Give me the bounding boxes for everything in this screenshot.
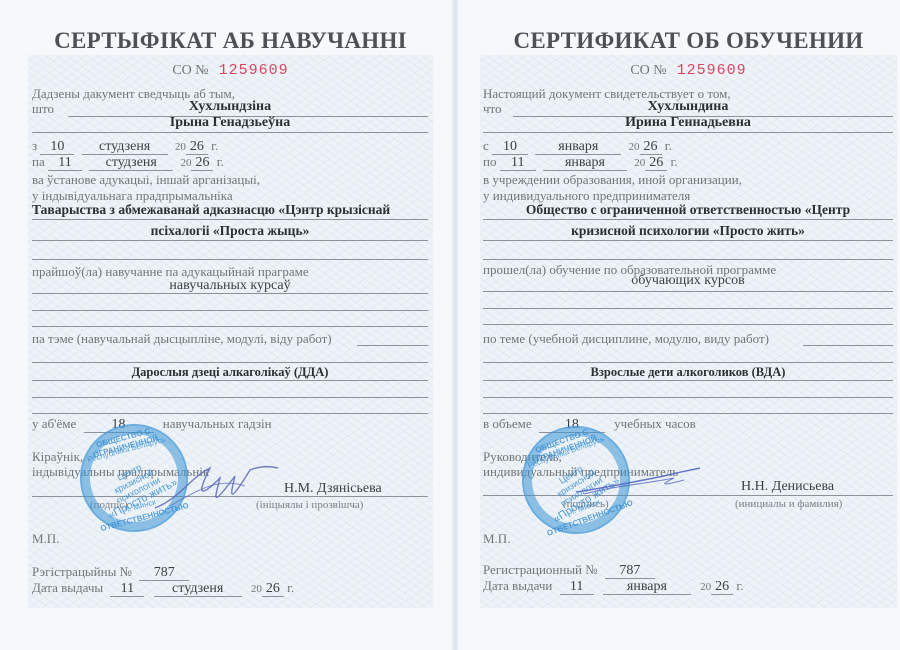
serial-prefix: СО № bbox=[630, 63, 666, 78]
institution-line-1 bbox=[32, 219, 428, 220]
program-line-1 bbox=[32, 293, 428, 294]
to-label: па bbox=[32, 154, 45, 169]
from-year: 26 bbox=[640, 140, 662, 155]
signer-name: Н.Н. Денисьева bbox=[741, 479, 834, 494]
recipient-surname: Хухлындина bbox=[483, 99, 893, 114]
registration-row: Регистрационный № 787 bbox=[483, 562, 655, 579]
from-month: студзеня bbox=[82, 140, 168, 155]
registration-label: Рэгістрацыйны № bbox=[32, 564, 132, 579]
topic-line-1 bbox=[483, 362, 893, 363]
topic-line-4 bbox=[32, 413, 428, 414]
institution-name-line-1: Общество с ограниченной ответственностью… bbox=[483, 202, 893, 217]
topic-line-0 bbox=[357, 345, 428, 346]
program-value: обучающих курсов bbox=[483, 273, 893, 288]
volume-label: у аб'ёме bbox=[32, 416, 76, 431]
issue-year-suffix: г. bbox=[736, 578, 743, 593]
certificate-title: СЕРТИФИКАТ ОБ ОБУЧЕНИИ bbox=[480, 28, 897, 54]
program-line-2 bbox=[32, 310, 428, 311]
issue-year-suffix: г. bbox=[287, 580, 294, 595]
volume-label: в объеме bbox=[483, 416, 532, 431]
certificate-body: Дадзены дакумент сведчыць аб тым, што Ху… bbox=[32, 86, 428, 606]
from-year-suffix: г. bbox=[211, 138, 218, 153]
institution-name-line-2: кризисной психологии «Просто жить» bbox=[483, 223, 893, 238]
signature-scribble-icon bbox=[150, 458, 280, 518]
program-line-2 bbox=[483, 308, 893, 309]
to-year: 26 bbox=[191, 156, 213, 171]
topic-label: по теме (учебной дисциплине, модулю, вид… bbox=[483, 331, 769, 346]
program-label: прайшоў(ла) навучанне па адукацыйнай пра… bbox=[32, 264, 309, 279]
topic-line-2 bbox=[483, 380, 893, 381]
volume-unit: учебных часов bbox=[614, 416, 696, 431]
name-caption: (инициалы и фамилия) bbox=[735, 497, 842, 512]
to-year-suffix: г. bbox=[217, 154, 224, 169]
signature-scribble-icon bbox=[574, 462, 704, 502]
to-year: 26 bbox=[645, 156, 667, 171]
serial-number: СО №1259609 bbox=[28, 62, 433, 79]
program-value: навучальных курсаў bbox=[32, 278, 428, 293]
certificate-page-belarusian: СЕРТЫФІКАТ АБ НАВУЧАННІ СО №1259609 Дадз… bbox=[0, 0, 454, 650]
to-day: 11 bbox=[48, 156, 82, 171]
period-from: с 10 января 2026 г. bbox=[483, 138, 672, 155]
institution-label-2: у індывідуальнага прадпрымальніка bbox=[32, 188, 233, 203]
from-year-prefix: 20 bbox=[175, 141, 186, 153]
to-month: января bbox=[543, 156, 627, 171]
from-year-prefix: 20 bbox=[629, 141, 640, 153]
period-from: з 10 студзеня 2026 г. bbox=[32, 138, 218, 155]
topic-line-0 bbox=[803, 345, 893, 346]
issue-label: Дата выдачи bbox=[483, 578, 552, 593]
institution-name-line-1: Таварыства з абмежаванай адказнасцю «Цэн… bbox=[32, 202, 390, 217]
from-label: с bbox=[483, 138, 489, 153]
program-line-3 bbox=[32, 326, 428, 327]
recipient-given-names: Ирина Геннадьевна bbox=[483, 115, 893, 130]
institution-line-1 bbox=[483, 219, 893, 220]
serial-prefix: СО № bbox=[172, 63, 208, 78]
from-month: января bbox=[535, 140, 621, 155]
topic-line-3 bbox=[32, 397, 428, 398]
registration-number: 787 bbox=[605, 564, 655, 579]
to-month: студзеня bbox=[89, 156, 173, 171]
serial-number-value: 1259609 bbox=[677, 62, 747, 79]
name-line-2 bbox=[32, 132, 428, 133]
institution-name-line-2: псіхалогіі «Проста жыць» bbox=[32, 223, 428, 238]
issue-year: 26 bbox=[711, 580, 733, 595]
registration-label: Регистрационный № bbox=[483, 562, 598, 577]
issue-label: Дата выдачы bbox=[32, 580, 103, 595]
serial-number-value: 1259609 bbox=[219, 62, 289, 79]
topic-line-1 bbox=[32, 362, 428, 363]
name-line-2 bbox=[483, 132, 893, 133]
issue-month: студзеня bbox=[154, 582, 242, 597]
institution-label-1: в учреждении образования, иной организац… bbox=[483, 172, 742, 187]
certificate-page-russian: СЕРТИФИКАТ ОБ ОБУЧЕНИИ СО №1259609 Насто… bbox=[458, 0, 900, 650]
registration-row: Рэгістрацыйны № 787 bbox=[32, 564, 189, 581]
signer-name: Н.М. Дзянісьева bbox=[284, 481, 382, 496]
institution-line-3 bbox=[32, 259, 428, 260]
issue-year: 26 bbox=[262, 582, 284, 597]
certificate-title: СЕРТЫФІКАТ АБ НАВУЧАННІ bbox=[28, 28, 433, 54]
issue-day: 11 bbox=[560, 580, 594, 595]
topic-line-3 bbox=[483, 397, 893, 398]
volume-unit: навучальных гадзін bbox=[163, 416, 272, 431]
period-to: па 11 студзеня 2026 г. bbox=[32, 154, 224, 171]
seal-label: М.П. bbox=[32, 531, 59, 546]
program-line-1 bbox=[483, 291, 893, 292]
issue-year-prefix: 20 bbox=[700, 581, 711, 593]
topic-value: Дарослыя дзеці алкаголікаў (ДДА) bbox=[32, 365, 428, 380]
to-day: 11 bbox=[500, 156, 536, 171]
institution-line-2 bbox=[32, 240, 428, 241]
recipient-surname: Хухлындзіна bbox=[32, 99, 428, 114]
registration-number: 787 bbox=[139, 566, 189, 581]
serial-number: СО №1259609 bbox=[480, 62, 897, 79]
topic-value: Взрослые дети алкоголиков (ВДА) bbox=[483, 365, 893, 380]
issue-month: января bbox=[603, 580, 691, 595]
issue-date-row: Дата выдачы 11 студзеня 2026 г. bbox=[32, 580, 294, 597]
period-to: по 11 января 2026 г. bbox=[483, 154, 678, 171]
to-year-prefix: 20 bbox=[180, 157, 191, 169]
from-year: 26 bbox=[186, 140, 208, 155]
institution-line-2 bbox=[483, 240, 893, 241]
recipient-given-names: Ірына Генадзьеўна bbox=[32, 115, 428, 130]
certificate-spread: СЕРТЫФІКАТ АБ НАВУЧАННІ СО №1259609 Дадз… bbox=[0, 0, 900, 650]
issue-year-prefix: 20 bbox=[251, 583, 262, 595]
topic-line-4 bbox=[483, 413, 893, 414]
seal-label: М.П. bbox=[483, 531, 510, 546]
institution-line-3 bbox=[483, 259, 893, 260]
to-year-prefix: 20 bbox=[634, 157, 645, 169]
certificate-body: Настоящий документ свидетельствует о том… bbox=[483, 86, 893, 606]
from-year-suffix: г. bbox=[665, 138, 672, 153]
topic-line-2 bbox=[32, 380, 428, 381]
institution-label-2: у индивидуального предпринимателя bbox=[483, 188, 690, 203]
to-label: по bbox=[483, 154, 496, 169]
topic-label: па тэме (навучальнай дысцыпліне, модулі,… bbox=[32, 331, 332, 346]
from-label: з bbox=[32, 138, 37, 153]
issue-date-row: Дата выдачи 11 января 2026 г. bbox=[483, 578, 744, 595]
to-year-suffix: г. bbox=[670, 154, 677, 169]
from-day: 10 bbox=[492, 140, 528, 155]
from-day: 10 bbox=[40, 140, 74, 155]
institution-label-1: ва ўстанове адукацыі, іншай арганізацыі, bbox=[32, 172, 260, 187]
issue-day: 11 bbox=[110, 582, 144, 597]
program-line-3 bbox=[483, 324, 893, 325]
